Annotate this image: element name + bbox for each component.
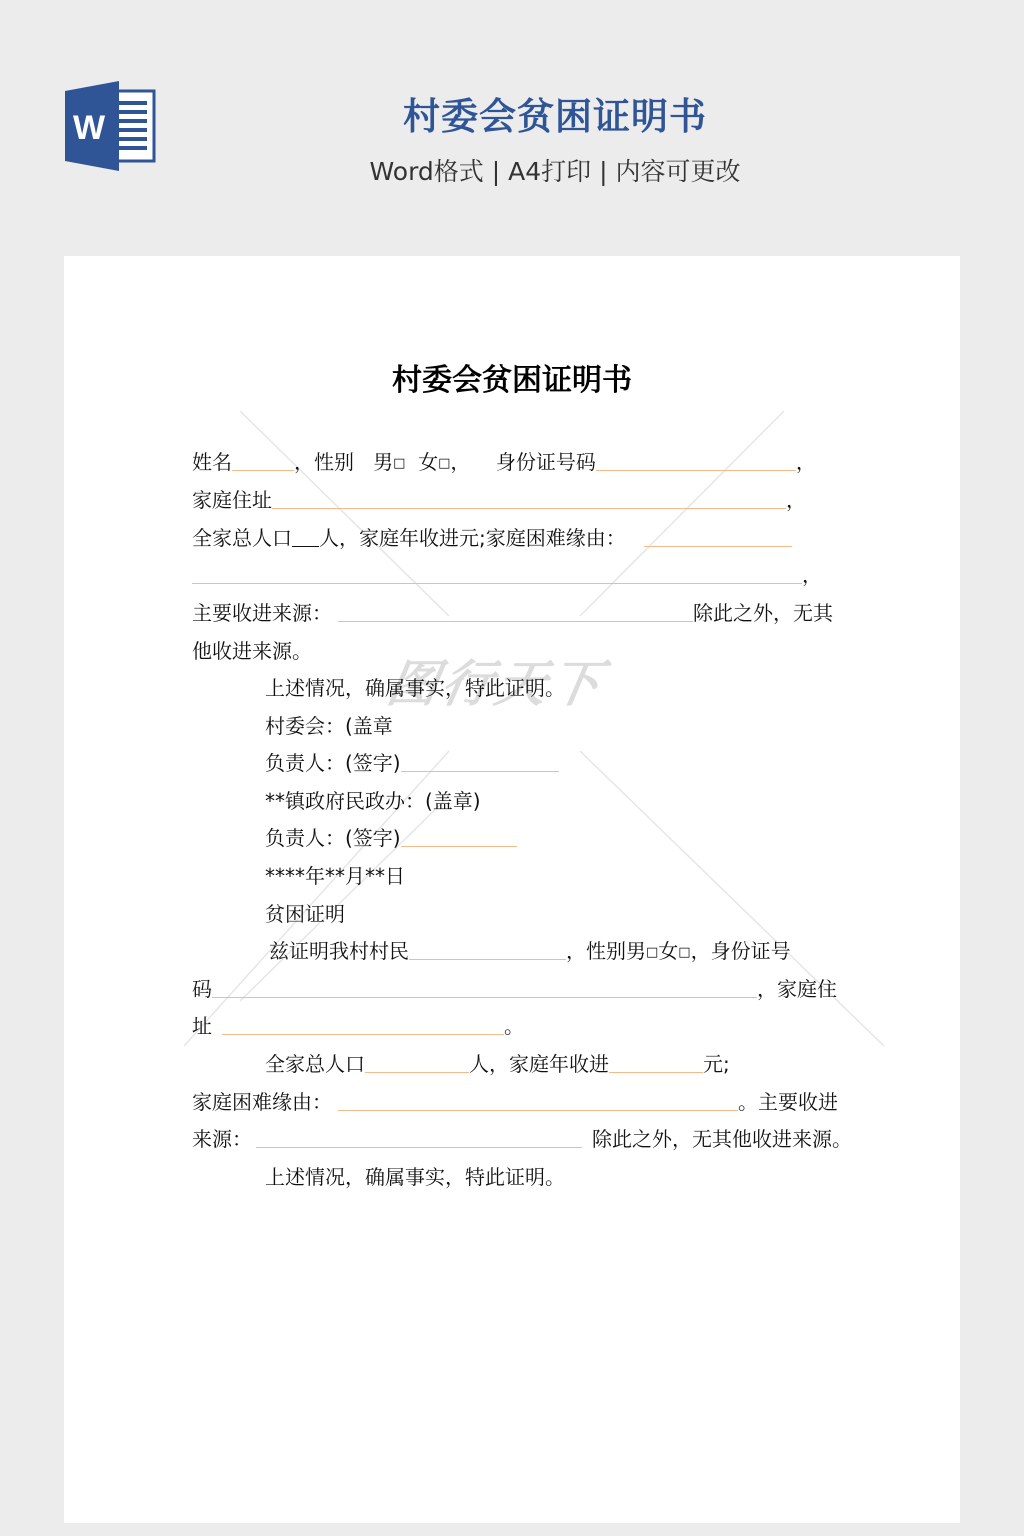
word-document-icon: W <box>65 81 157 171</box>
document-title: 村委会贫困证明书 <box>64 361 960 401</box>
signature-blank-2[interactable] <box>401 826 517 847</box>
doc-line-certify: 上述情况，确属事实，特此证明。 <box>265 674 565 702</box>
income-source-blank[interactable] <box>338 601 693 622</box>
doc-line-villager: 兹证明我村村民，性别男□女□，身份证号 <box>269 937 791 967</box>
population-blank[interactable] <box>292 526 319 547</box>
doc-line-town-seal: **镇政府民政办：(盖章) <box>265 787 481 815</box>
address-blank[interactable] <box>272 488 786 509</box>
doc-line-income-source: 主要收进来源：除此之外，无其 <box>192 599 833 627</box>
hardship-reason-blank-3[interactable] <box>338 1090 738 1111</box>
header-title: 村委会贫困证明书 <box>330 93 780 141</box>
doc-line-id-2: 码，家庭住 <box>192 975 837 1003</box>
doc-line-signer-2: 负责人：(签字) <box>265 824 517 852</box>
doc-line-village-seal: 村委会：(盖章 <box>265 712 393 740</box>
svg-text:W: W <box>73 109 106 147</box>
doc-line-date: ****年**月**日 <box>265 862 405 890</box>
checkbox-female[interactable]: □ <box>438 456 450 471</box>
doc-line-subtitle: 贫困证明 <box>265 900 345 928</box>
header-subtitle: Word格式 | A4打印 | 内容可更改 <box>330 155 780 189</box>
id-number-blank[interactable] <box>596 450 796 471</box>
address-blank-2[interactable] <box>222 1014 504 1035</box>
checkbox-female-2[interactable]: □ <box>678 945 690 960</box>
villager-name-blank[interactable] <box>409 939 566 960</box>
id-number-blank-2[interactable] <box>212 977 757 998</box>
checkbox-male[interactable]: □ <box>393 456 405 471</box>
income-blank-2[interactable] <box>609 1052 703 1073</box>
name-blank[interactable] <box>232 450 294 471</box>
doc-line-name: 姓名，性别 男□ 女□， 身份证号码， <box>192 448 816 478</box>
doc-line-hardship-2: 家庭困难缘由：。主要收进 <box>192 1088 838 1116</box>
hardship-reason-blank[interactable] <box>644 526 792 547</box>
doc-line-income-source-2: 来源：除此之外，无其他收进来源。 <box>192 1125 852 1153</box>
watermark-lines <box>64 256 960 1523</box>
population-blank-2[interactable] <box>365 1052 469 1073</box>
doc-line-certify-2: 上述情况，确属事实，特此证明。 <box>265 1163 565 1191</box>
hardship-reason-blank-2[interactable] <box>192 563 802 584</box>
doc-line-hardship-cont: ， <box>192 561 822 589</box>
doc-line-household: 全家总人口人，家庭年收进元;家庭困难缘由： <box>192 524 792 552</box>
doc-line-address: 家庭住址， <box>192 486 806 514</box>
checkbox-male-2[interactable]: □ <box>646 945 658 960</box>
doc-line-address-2: 址。 <box>192 1012 524 1040</box>
income-source-blank-2[interactable] <box>256 1127 582 1148</box>
doc-line-household-2: 全家总人口人，家庭年收进元; <box>265 1050 730 1078</box>
doc-line-income-cont: 他收进来源。 <box>192 637 312 665</box>
signature-blank-1[interactable] <box>401 751 559 772</box>
document-page: 图行天下 村委会贫困证明书 姓名，性别 男□ 女□， 身份证号码， 家庭住址， … <box>64 256 960 1523</box>
header-banner: W 村委会贫困证明书 Word格式 | A4打印 | 内容可更改 <box>0 0 1024 256</box>
doc-line-signer-1: 负责人：(签字) <box>265 749 559 777</box>
